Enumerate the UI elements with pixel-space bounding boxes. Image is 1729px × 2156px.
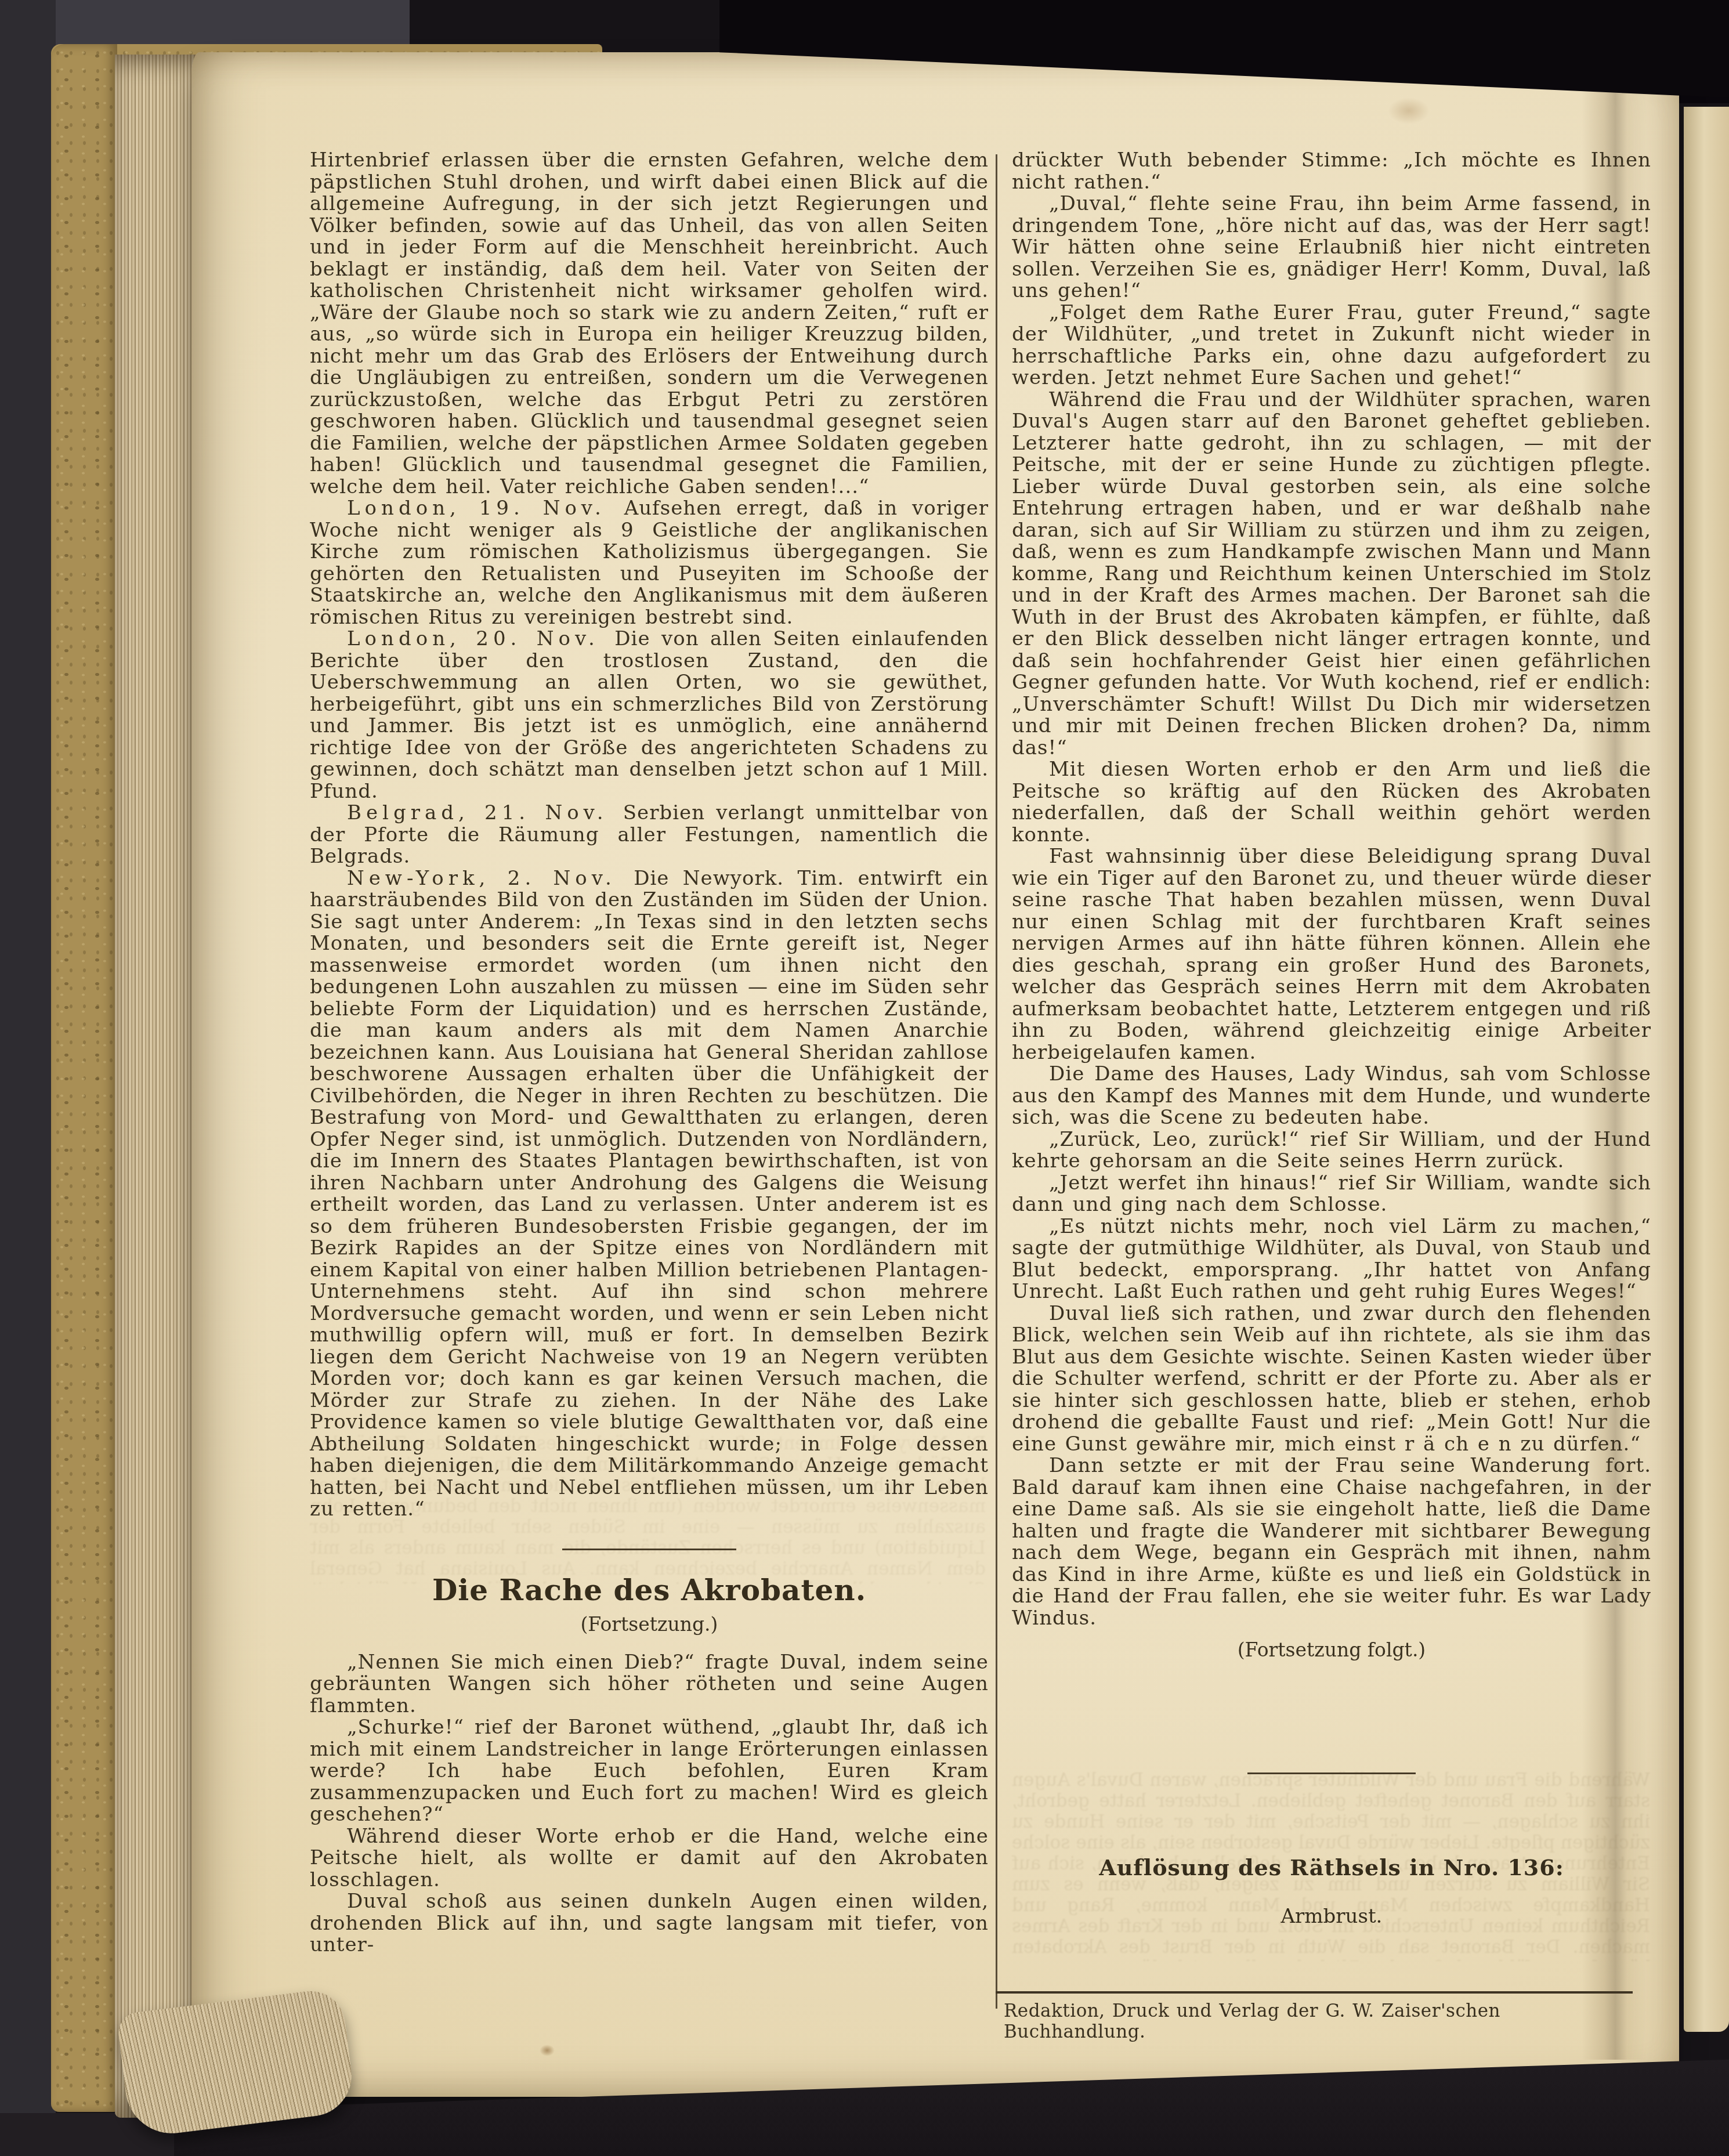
paragraph: Duval ließ sich rathen, und zwar durch d… — [1012, 1303, 1651, 1456]
book-cover-marbled-side-edge — [51, 44, 117, 2112]
right-column: drückter Wuth bebender Stimme: „Ich möch… — [1012, 150, 1651, 1661]
dateline: London, 20. Nov. — [347, 627, 614, 650]
page-stack-fore-edge — [115, 55, 196, 2118]
footer-imprint: Redaktion, Druck und Verlag der G. W. Za… — [1004, 2001, 1637, 2042]
puzzle-solution: Auflösung des Räthsels in Nro. 136: Armb… — [1012, 1854, 1651, 1928]
stain-spot — [540, 2045, 555, 2056]
continuation-note: (Fortsetzung folgt.) — [1012, 1638, 1651, 1661]
dateline: Belgrad, 21. Nov. — [347, 801, 623, 824]
paragraph: „Duval,“ flehte seine Frau, ihn beim Arm… — [1012, 193, 1651, 302]
paragraph: New-York, 2. Nov. Die Newyork. Tim. entw… — [310, 868, 989, 1521]
paragraph: Dann setzte er mit der Frau seine Wander… — [1012, 1455, 1651, 1629]
paragraph: London, 19. Nov. Aufsehen erregt, daß in… — [310, 498, 989, 628]
page-content: Während die Frau und der Wildhüter sprac… — [191, 52, 1679, 2097]
puzzle-answer: Armbrust. — [1012, 1905, 1651, 1928]
story-section-right: drückter Wuth bebender Stimme: „Ich möch… — [1012, 150, 1651, 1629]
paragraph: „Folget dem Rathe Eurer Frau, guter Freu… — [1012, 302, 1651, 389]
paragraph: Belgrad, 21. Nov. Serbien verlangt unmit… — [310, 802, 989, 868]
paragraph: Fast wahnsinnig über diese Beleidigung s… — [1012, 846, 1651, 1063]
dateline: London, 19. Nov. — [347, 497, 624, 520]
paragraph: drückter Wuth bebender Stimme: „Ich möch… — [1012, 150, 1651, 193]
stain-spot — [1388, 97, 1430, 124]
paragraph: „Nennen Sie mich einen Dieb?“ fragte Duv… — [310, 1652, 989, 1717]
scanned-book-page: Während die Frau und der Wildhüter sprac… — [0, 0, 1729, 2156]
paragraph: „Zurück, Leo, zurück!“ rief Sir William,… — [1012, 1129, 1651, 1173]
dateline: New-York, 2. Nov. — [347, 867, 634, 890]
column-divider-rule — [996, 154, 997, 2009]
paragraph: „Es nützt nichts mehr, noch viel Lärm zu… — [1012, 1216, 1651, 1303]
paragraph: Duval schoß aus seinen dunkeln Augen ein… — [310, 1891, 989, 1956]
news-section: Hirtenbrief erlassen über die ernsten Ge… — [310, 150, 989, 1521]
left-column: Hirtenbrief erlassen über die ernsten Ge… — [310, 150, 989, 1956]
paragraph: Mit diesen Worten erhob er den Arm und l… — [1012, 759, 1651, 846]
story-section-left: „Nennen Sie mich einen Dieb?“ fragte Duv… — [310, 1652, 989, 1956]
paragraph: Die Dame des Hauses, Lady Windus, sah vo… — [1012, 1063, 1651, 1129]
section-divider-rule — [562, 1549, 736, 1550]
paragraph: Während dieser Worte erhob er die Hand, … — [310, 1826, 989, 1891]
paragraph: London, 20. Nov. Die von allen Seiten ei… — [310, 628, 989, 802]
next-page-edge — [1684, 107, 1729, 2032]
background-left-strip — [0, 0, 56, 2156]
puzzle-divider-rule — [1247, 1772, 1416, 1774]
paragraph: „Schurke!“ rief der Baronet wüthend, „gl… — [310, 1717, 989, 1826]
story-subtitle: (Fortsetzung.) — [310, 1613, 989, 1636]
puzzle-heading: Auflösung des Räthsels in Nro. 136: — [1012, 1854, 1651, 1880]
story-title: Die Rache des Akrobaten. — [310, 1575, 989, 1606]
paragraph: „Jetzt werfet ihn hinaus!“ rief Sir Will… — [1012, 1173, 1651, 1216]
footer-rule — [996, 1991, 1633, 1994]
paragraph: Hirtenbrief erlassen über die ernsten Ge… — [310, 150, 989, 498]
paragraph: Während die Frau und der Wildhüter sprac… — [1012, 389, 1651, 759]
